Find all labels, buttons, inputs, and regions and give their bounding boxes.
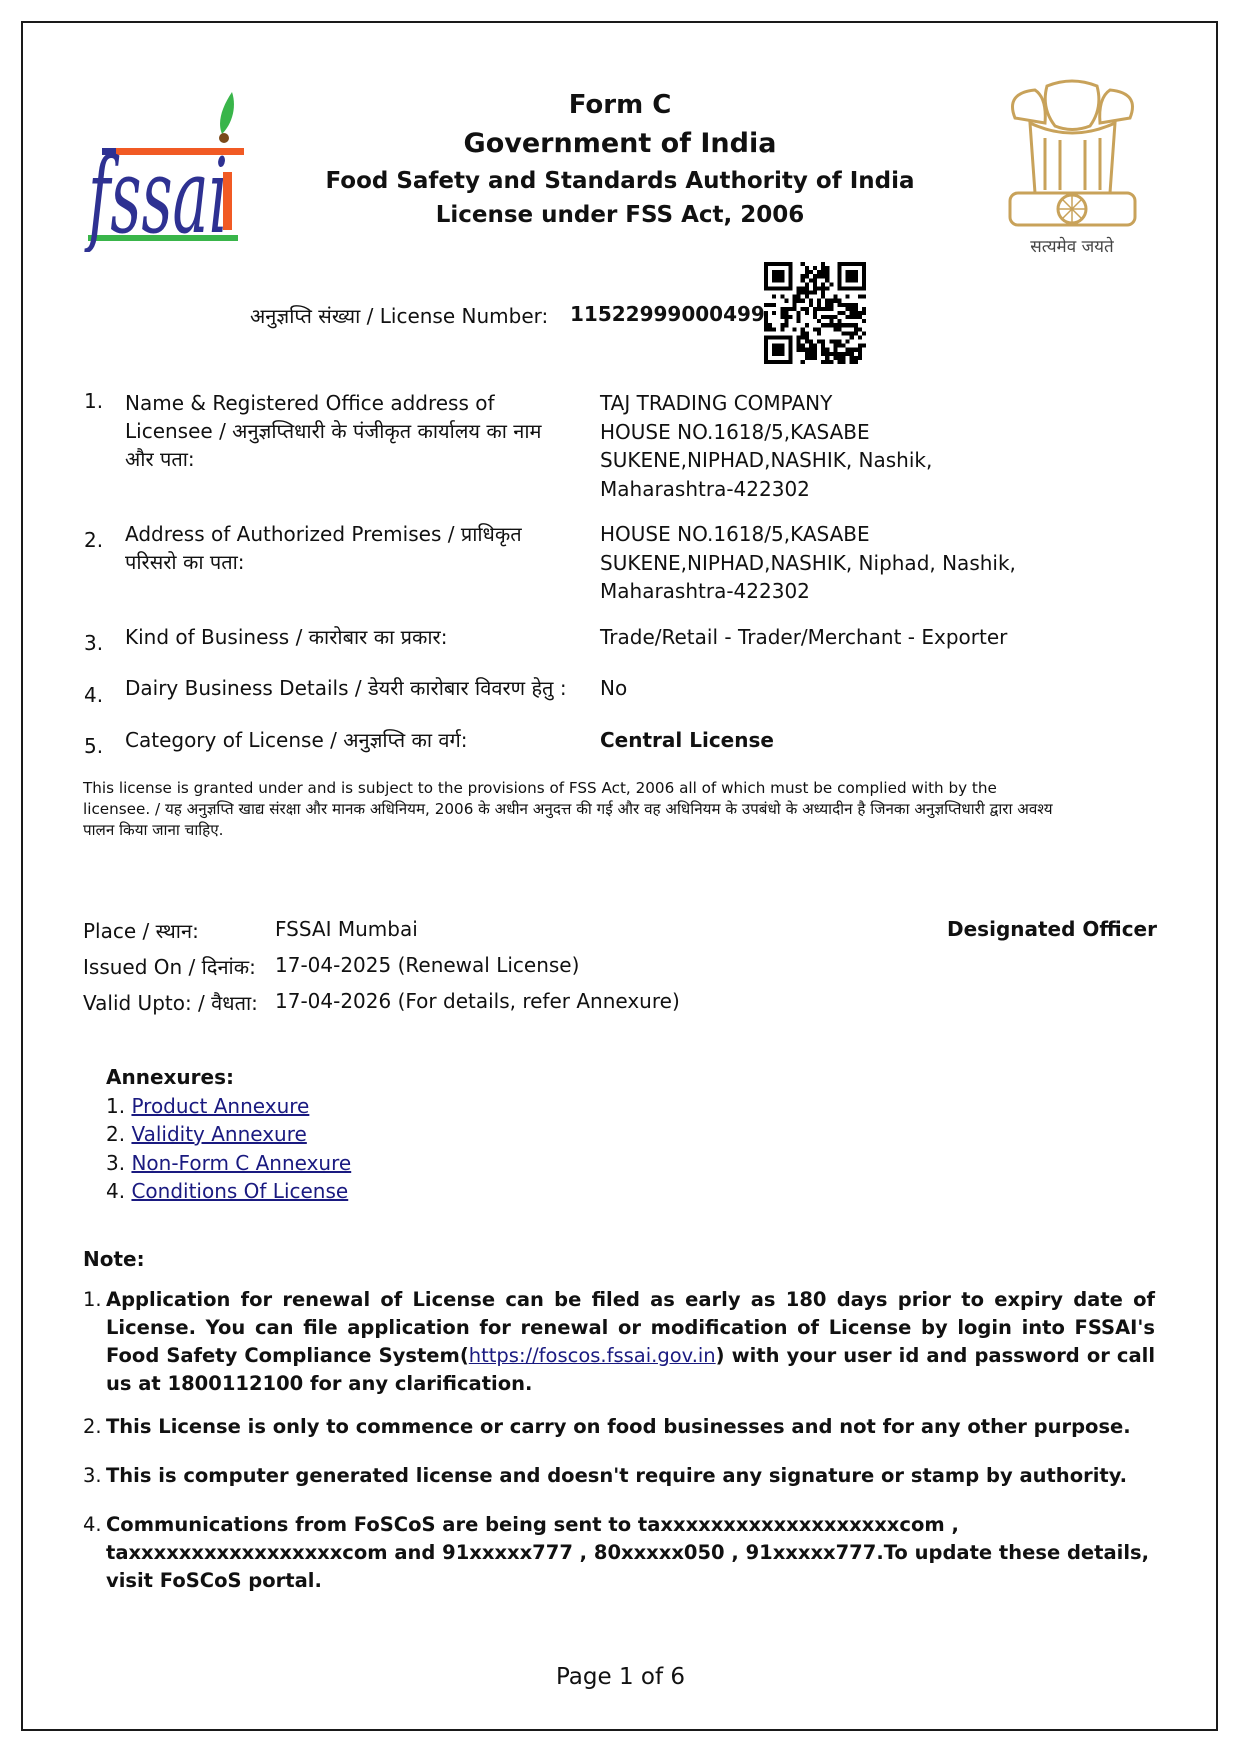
annexure-item: 4. Conditions Of License [106,1177,351,1206]
national-emblem: सत्यमेव जयते [985,78,1160,258]
business-kind-value: Trade/Retail - Trader/Merchant - Exporte… [600,623,1060,652]
form-title: Form C [320,86,920,124]
place-label: Place / स्थान: [83,917,199,944]
designated-officer: Designated Officer [947,917,1157,941]
license-number: 11522999000499 [570,302,765,326]
dairy-details-value: No [600,674,1060,703]
note-item: 2. This License is only to commence or c… [83,1413,1155,1441]
premises-address-label: Address of Authorized Premises / प्राधिक… [125,520,565,576]
licensee-address-value: TAJ TRADING COMPANY HOUSE NO.1618/5,KASA… [600,389,1060,503]
business-kind-label: Kind of Business / कारोबार का प्रकार: [125,623,565,651]
note-item: 3. This is computer generated license an… [83,1462,1155,1490]
note-item: 4. Communications from FoSCoS are being … [83,1511,1155,1595]
annexures-title: Annexures: [106,1063,351,1092]
issued-on-value: 17-04-2025 (Renewal License) [275,953,579,977]
svg-text:सत्यमेव जयते: सत्यमेव जयते [1030,236,1114,257]
row-number: 3. [84,631,103,655]
dairy-details-label: Dairy Business Details / डेयरी कारोबार व… [125,674,605,702]
premises-address-value: HOUSE NO.1618/5,KASABE SUKENE,NIPHAD,NAS… [600,520,1060,606]
annexure-item: 1. Product Annexure [106,1092,351,1121]
svg-text:fssai: fssai [84,135,228,252]
licensee-address-label: Name & Registered Office address of Lice… [125,389,565,473]
license-number-label: अनुज्ञप्ति संख्या / License Number: [250,302,548,329]
valid-upto-value: 17-04-2026 (For details, refer Annexure) [275,989,680,1013]
product-annexure-link[interactable]: Product Annexure [131,1094,309,1118]
annexure-item: 3. Non-Form C Annexure [106,1149,351,1178]
row-number: 5. [84,734,103,758]
annexures-list: Annexures: 1. Product Annexure 2. Validi… [106,1063,351,1206]
foscos-link[interactable]: https://foscos.fssai.gov.in [469,1344,716,1367]
license-disclaimer: This license is granted under and is sub… [83,778,1063,841]
validity-annexure-link[interactable]: Validity Annexure [131,1122,306,1146]
row-number: 1. [84,389,103,413]
row-number: 4. [84,683,103,707]
license-category-value: Central License [600,726,1060,755]
page-number: Page 1 of 6 [0,1664,1241,1690]
note-title: Note: [83,1247,145,1271]
valid-upto-label: Valid Upto: / वैधता: [83,989,258,1016]
non-form-c-annexure-link[interactable]: Non-Form C Annexure [131,1151,351,1175]
issued-on-label: Issued On / दिनांक: [83,953,256,980]
place-value: FSSAI Mumbai [275,917,418,941]
authority-title: Food Safety and Standards Authority of I… [320,164,920,198]
act-title: License under FSS Act, 2006 [320,198,920,232]
license-category-label: Category of License / अनुज्ञप्ति का वर्ग… [125,726,565,754]
header-titles: Form C Government of India Food Safety a… [320,86,920,232]
qr-code [764,262,866,364]
annexure-item: 2. Validity Annexure [106,1120,351,1149]
fssai-logo: fssai [82,82,252,252]
government-title: Government of India [320,124,920,164]
conditions-of-license-link[interactable]: Conditions Of License [131,1179,348,1203]
note-item: 1. Application for renewal of License ca… [83,1286,1155,1398]
row-number: 2. [84,528,103,552]
